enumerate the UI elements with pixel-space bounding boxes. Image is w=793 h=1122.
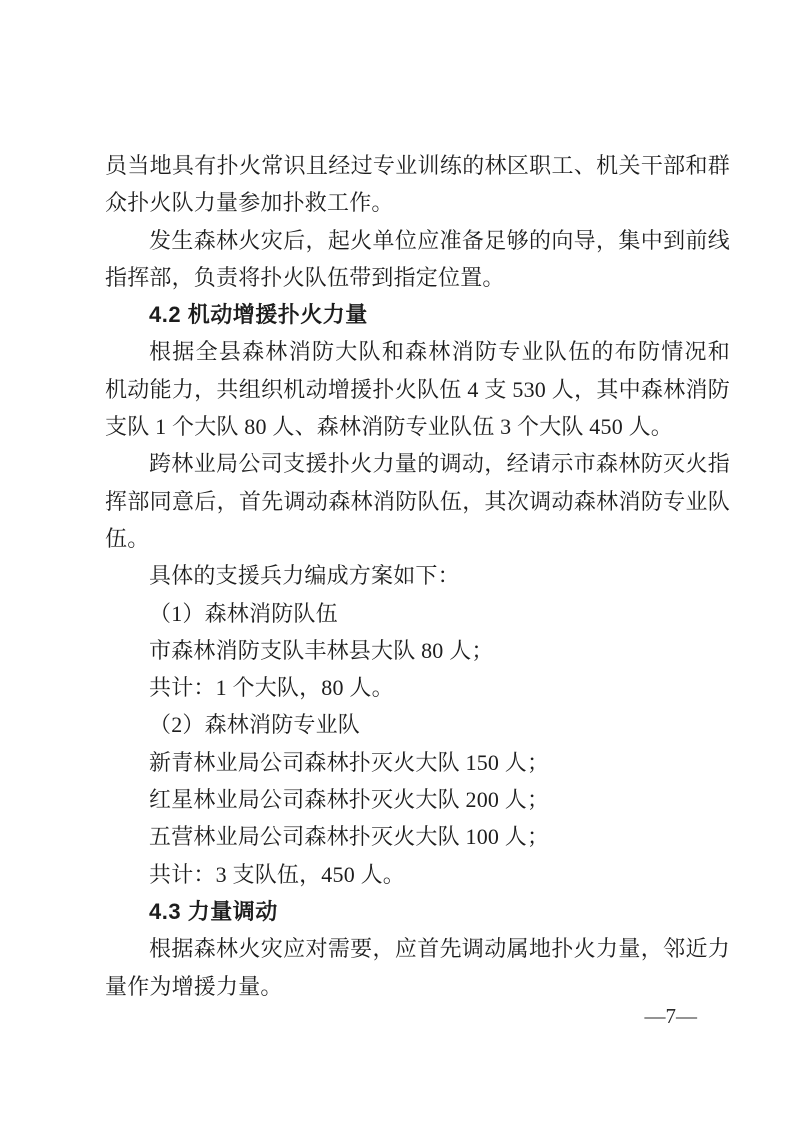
text-line: 新青林业局公司森林扑灭火大队 150 人；	[105, 744, 730, 781]
text-line: 根据全县森林消防大队和森林消防专业队伍的布防情况和	[105, 333, 730, 370]
text-line: （2）森林消防专业队	[105, 706, 730, 743]
text-line: 众扑火队力量参加扑救工作。	[105, 184, 730, 221]
text-line: 五营林业局公司森林扑灭火大队 100 人；	[105, 818, 730, 855]
text-line: （1）森林消防队伍	[105, 595, 730, 632]
document-body: 员当地具有扑火常识且经过专业训练的林区职工、机关干部和群众扑火队力量参加扑救工作…	[105, 147, 730, 1005]
text-line: 具体的支援兵力编成方案如下：	[105, 557, 730, 594]
text-line: 量作为增援力量。	[105, 968, 730, 1005]
text-line: 员当地具有扑火常识且经过专业训练的林区职工、机关干部和群	[105, 147, 730, 184]
text-line: 指挥部，负责将扑火队伍带到指定位置。	[105, 259, 730, 296]
page-number: —7—	[645, 1001, 698, 1031]
text-line: 跨林业局公司支援扑火力量的调动，经请示市森林防灭火指	[105, 445, 730, 482]
document-page: 员当地具有扑火常识且经过专业训练的林区职工、机关干部和群众扑火队力量参加扑救工作…	[0, 0, 793, 1122]
section-heading: 4.2 机动增援扑火力量	[105, 296, 730, 333]
text-line: 红星林业局公司森林扑灭火大队 200 人；	[105, 781, 730, 818]
text-line: 市森林消防支队丰林县大队 80 人；	[105, 632, 730, 669]
text-line: 发生森林火灾后，起火单位应准备足够的向导，集中到前线	[105, 222, 730, 259]
text-line: 共计：3 支队伍，450 人。	[105, 856, 730, 893]
text-line: 根据森林火灾应对需要，应首先调动属地扑火力量，邻近力	[105, 930, 730, 967]
text-line: 共计：1 个大队，80 人。	[105, 669, 730, 706]
text-line: 机动能力，共组织机动增援扑火队伍 4 支 530 人，其中森林消防	[105, 371, 730, 408]
text-line: 支队 1 个大队 80 人、森林消防专业队伍 3 个大队 450 人。	[105, 408, 730, 445]
text-line: 伍。	[105, 520, 730, 557]
section-heading: 4.3 力量调动	[105, 893, 730, 930]
text-line: 挥部同意后，首先调动森林消防队伍，其次调动森林消防专业队	[105, 483, 730, 520]
